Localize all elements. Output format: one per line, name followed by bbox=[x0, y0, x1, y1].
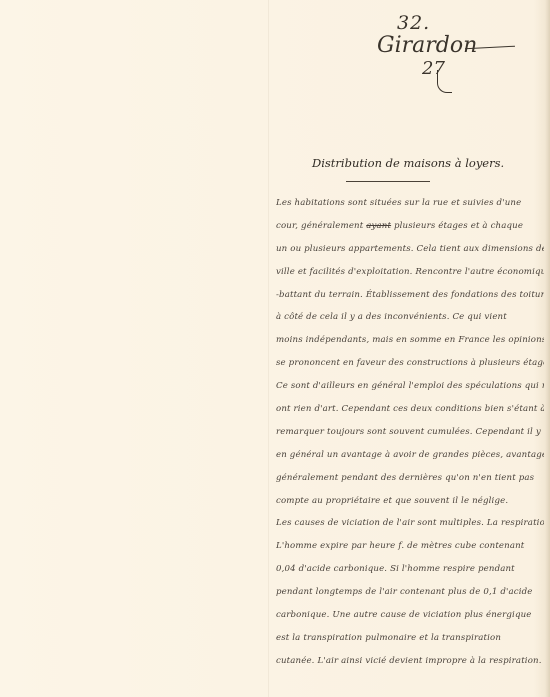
text-line: Les causes de viciation de l'air sont mu… bbox=[276, 512, 544, 535]
text-line: moins indépendants, mais en somme en Fra… bbox=[276, 329, 544, 352]
text-line: remarquer toujours sont souvent cumulées… bbox=[276, 421, 544, 444]
text-line: Ce sont d'ailleurs en général l'emploi d… bbox=[276, 375, 544, 398]
text-line: ville et facilités d'exploitation. Renco… bbox=[276, 261, 544, 284]
text-line: L'homme expire par heure f. de mètres cu… bbox=[276, 535, 544, 558]
text-line: un ou plusieurs appartements. Cela tient… bbox=[276, 238, 544, 261]
page-edge-shadow bbox=[545, 0, 550, 697]
text-line: se prononcent en faveur des construction… bbox=[276, 352, 544, 375]
text-line: Les habitations sont situées sur la rue … bbox=[276, 192, 544, 215]
text-line: 0,04 d'acide carbonique. Si l'homme resp… bbox=[276, 558, 544, 581]
text-line: pendant longtemps de l'air contenant plu… bbox=[276, 581, 544, 604]
text-line: cutanée. L'air ainsi vicié devient impro… bbox=[276, 650, 544, 673]
author-signature: Girardon bbox=[377, 33, 477, 58]
heading-underline bbox=[346, 181, 430, 182]
text-line: cour, généralement ayant plusieurs étage… bbox=[276, 215, 544, 238]
text-line: généralement pendant des dernières qu'on… bbox=[276, 467, 544, 490]
text-line-fragment: cour, généralement bbox=[276, 221, 366, 231]
text-line: ont rien d'art. Cependant ces deux condi… bbox=[276, 398, 544, 421]
manuscript-body: Les habitations sont situées sur la rue … bbox=[276, 192, 544, 673]
text-line: est la transpiration pulmonaire et la tr… bbox=[276, 627, 544, 650]
page-number: 32. bbox=[397, 12, 430, 34]
text-line: -battant du terrain. Établissement des f… bbox=[276, 284, 544, 307]
text-line: en général un avantage à avoir de grande… bbox=[276, 444, 544, 467]
margin-fold-line bbox=[268, 0, 269, 697]
text-line-fragment: plusieurs étages et à chaque bbox=[391, 221, 523, 231]
number-flourish bbox=[437, 70, 452, 93]
text-line: compte au propriétaire et que souvent il… bbox=[276, 490, 544, 513]
struck-word: ayant bbox=[366, 221, 391, 231]
section-heading: Distribution de maisons à loyers. bbox=[312, 156, 504, 170]
text-line: carbonique. Une autre cause de viciation… bbox=[276, 604, 544, 627]
text-line: à côté de cela il y a des inconvénients.… bbox=[276, 306, 544, 329]
manuscript-page: 32. Girardon 27 Distribution de maisons … bbox=[0, 0, 550, 697]
